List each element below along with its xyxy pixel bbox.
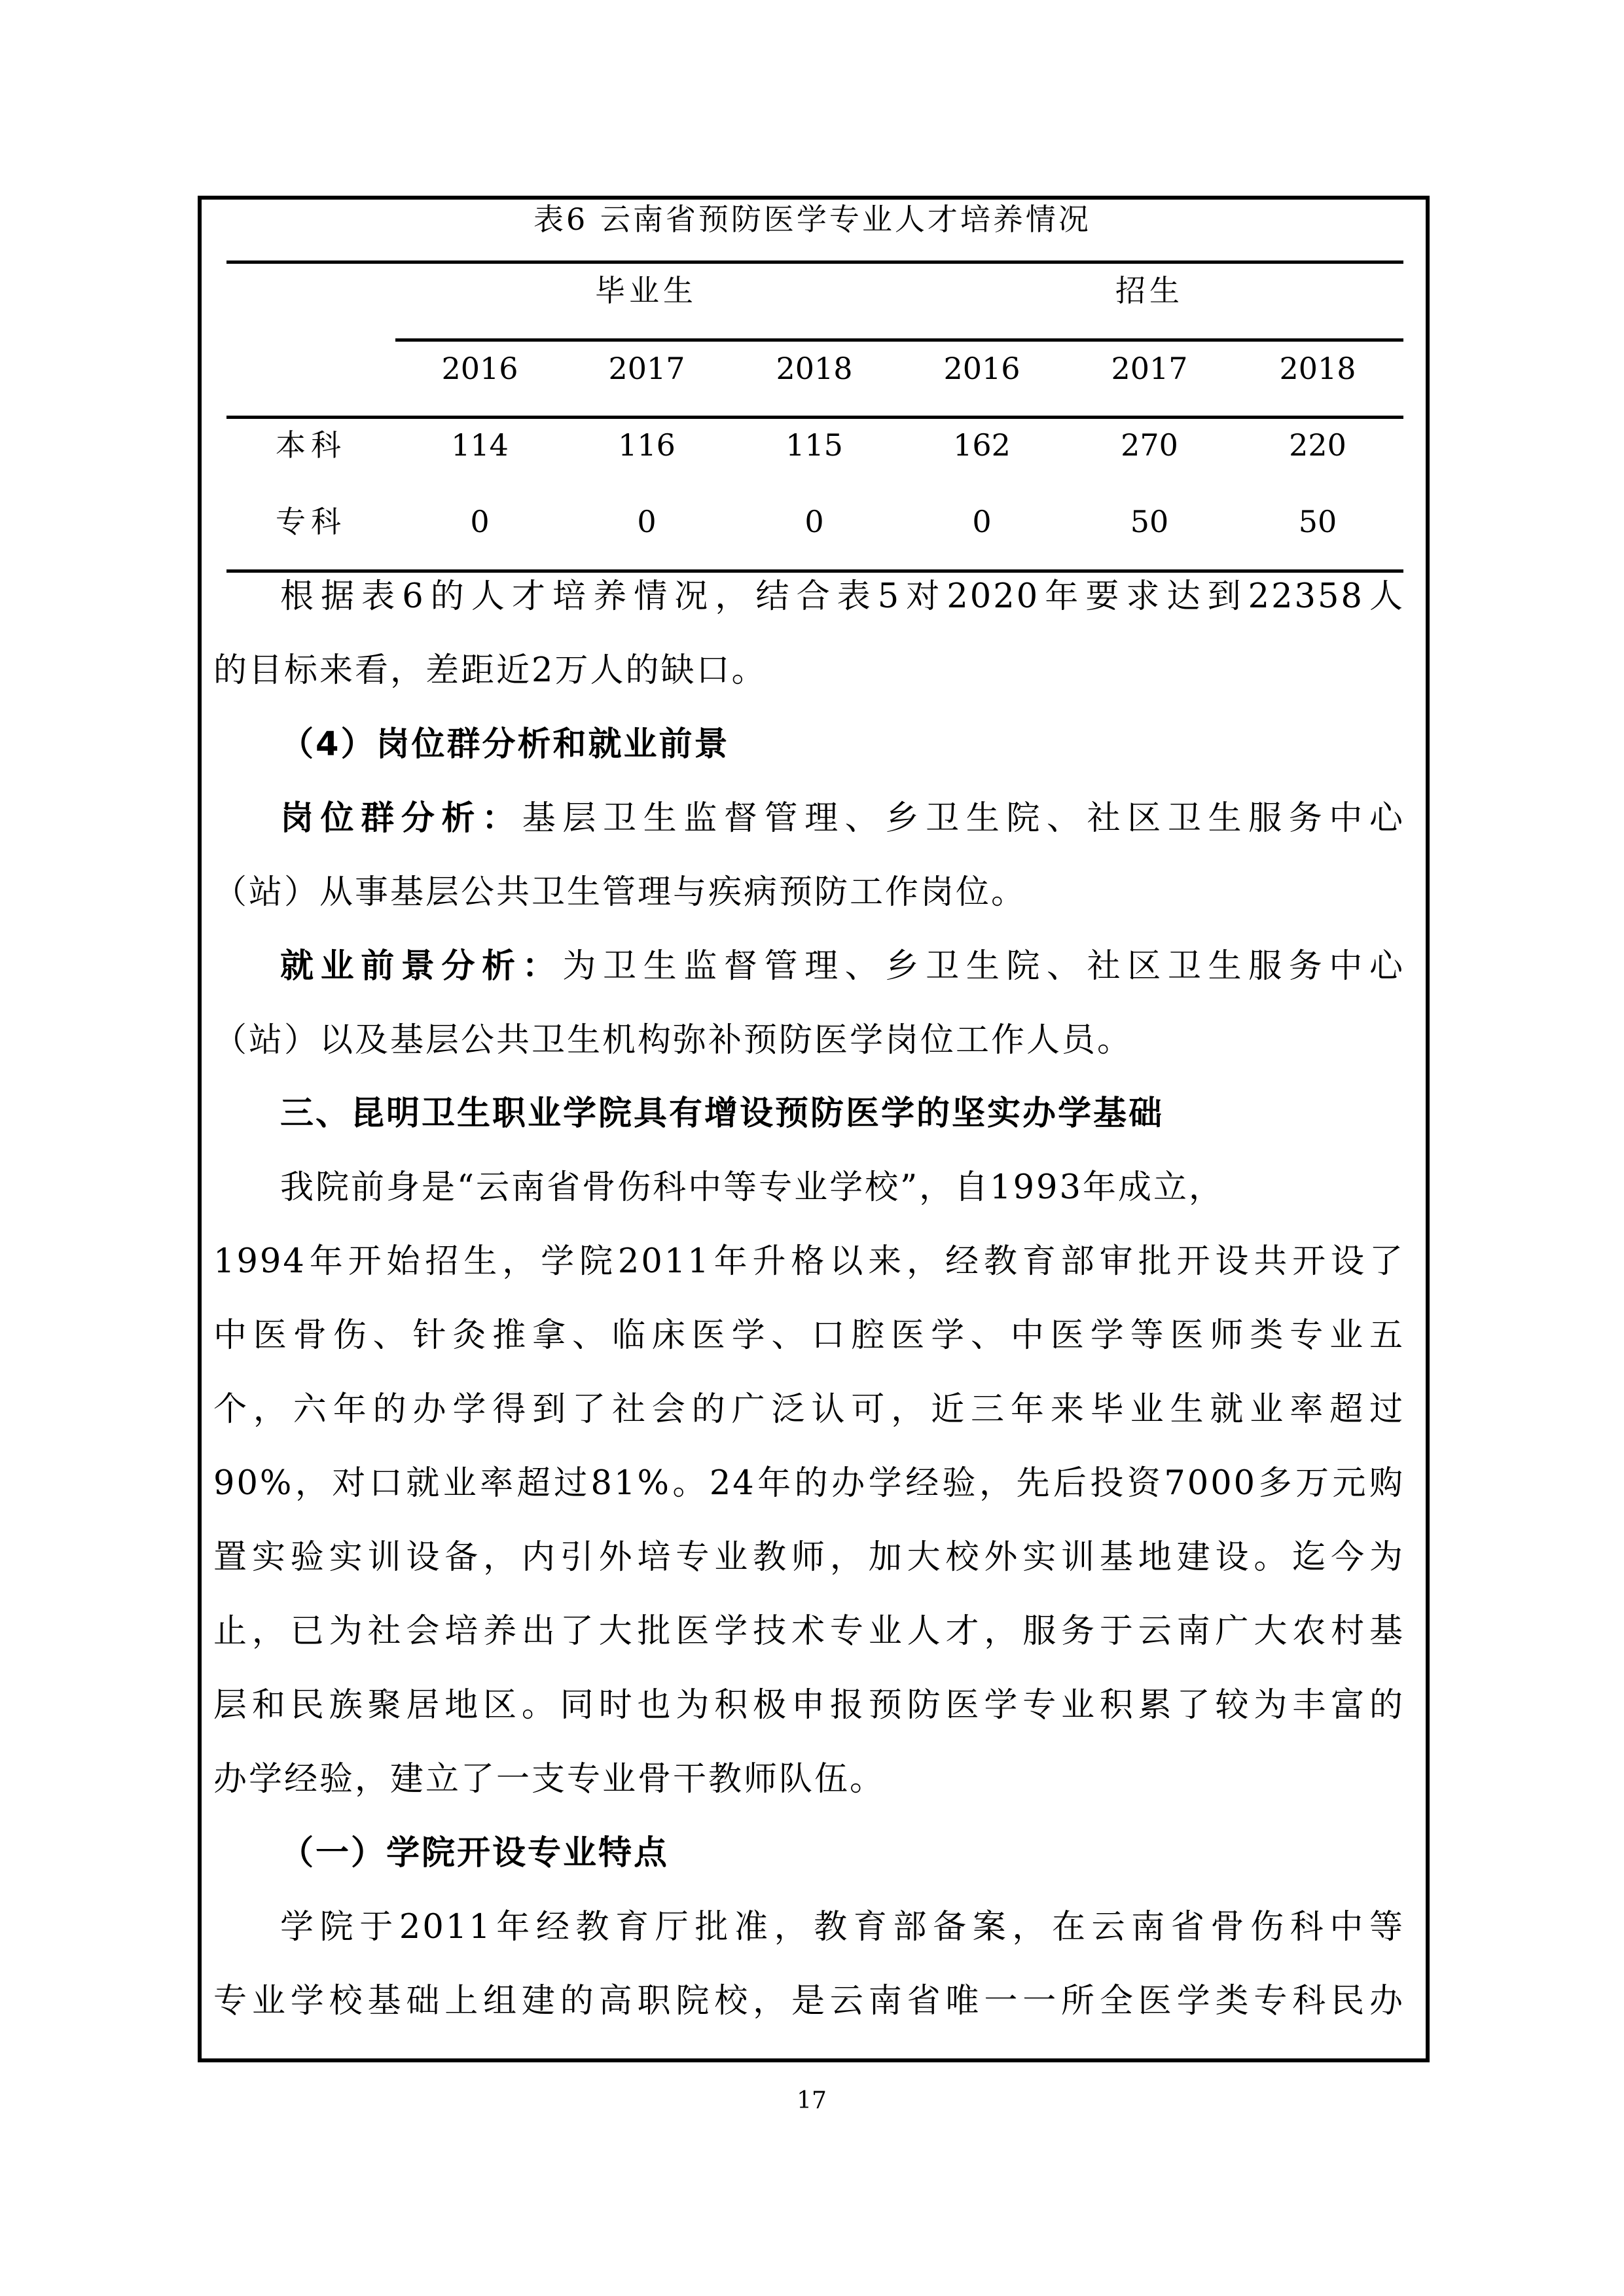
subsection-heading: （一）学院开设专业特点 [280, 1834, 669, 1873]
paragraph-line: 中医骨伤、针灸推拿、临床医学、口腔医学、中医学等医师类专业五 [213, 1316, 1405, 1355]
table-cell: 0 [401, 503, 558, 540]
paragraph-line: 置实验实训设备，内引外培专业教师，加大校外实训基地建设。迄今为 [213, 1538, 1405, 1577]
table-cell: 220 [1239, 427, 1396, 463]
table-cell: 50 [1239, 503, 1396, 540]
bold-lead-in: 岗位群分析： [280, 799, 522, 838]
paragraph-line: （站）以及基层公共卫生机构弥补预防医学岗位工作人员。 [213, 1021, 1132, 1060]
year-header: 2016 [401, 350, 558, 387]
table-cell: 115 [736, 427, 893, 463]
paragraph-line: 办学经验，建立了一支专业骨干教师队伍。 [213, 1760, 885, 1799]
table-cell: 0 [568, 503, 725, 540]
page-number: 17 [785, 2088, 838, 2114]
year-header: 2016 [903, 350, 1060, 387]
bold-lead-in: 就业前景分析： [280, 947, 562, 986]
paragraph-line: 层和民族聚居地区。同时也为积极申报预防医学专业积累了较为丰富的 [213, 1686, 1405, 1725]
paragraph-line: 个，六年的办学得到了社会的广泛认可，近三年来毕业生就业率超过 [213, 1390, 1405, 1429]
table-cell: 0 [736, 503, 893, 540]
line-text: 为卫生监督管理、乡卫生院、社区卫生服务中心 [562, 947, 1405, 986]
table-header-rule [395, 338, 1403, 342]
table-body-rule [226, 416, 1403, 419]
paragraph-line: （站）从事基层公共卫生管理与疾病预防工作岗位。 [213, 873, 1026, 912]
paragraph-line: 1994年开始招生，学院2011年升格以来，经教育部审批开设共开设了 [213, 1242, 1405, 1282]
year-header: 2018 [1239, 350, 1396, 387]
header-enrollment: 招生 [1019, 272, 1280, 309]
table-cell: 162 [903, 427, 1060, 463]
chapter-heading: 三、昆明卫生职业学院具有增设预防医学的坚实办学基础 [280, 1094, 1164, 1134]
table-caption: 表6 云南省预防医学专业人才培养情况 [221, 200, 1403, 239]
paragraph-line: 我院前身是“云南省骨伤科中等专业学校”，自1993年成立， [280, 1168, 1224, 1208]
paragraph-line: 止，已为社会培养出了大批医学技术专业人才，服务于云南广大农村基 [213, 1612, 1405, 1651]
line-text: 基层卫生监督管理、乡卫生院、社区卫生服务中心 [522, 799, 1405, 838]
table-cell: 116 [568, 427, 725, 463]
table-cell: 50 [1071, 503, 1228, 540]
table-cell: 114 [401, 427, 558, 463]
paragraph-line: 就业前景分析：为卫生监督管理、乡卫生院、社区卫生服务中心 [280, 947, 1405, 986]
section-heading: （4）岗位群分析和就业前景 [280, 725, 730, 764]
year-header: 2018 [736, 350, 893, 387]
year-header: 2017 [1071, 350, 1228, 387]
table-cell: 270 [1071, 427, 1228, 463]
paragraph-line: 根据表6的人才培养情况，结合表5对2020年要求达到22358人 [280, 577, 1405, 617]
paragraph-line: 专业学校基础上组建的高职院校，是云南省唯一一所全医学类专科民办 [213, 1982, 1405, 2021]
year-header: 2017 [568, 350, 725, 387]
header-graduates: 毕业生 [515, 272, 777, 309]
table-cell: 0 [903, 503, 1060, 540]
paragraph-line: 学院于2011年经教育厅批准，教育部备案，在云南省骨伤科中等 [280, 1908, 1405, 1947]
paragraph-line: 90%，对口就业率超过81%。24年的办学经验，先后投资7000多万元购 [213, 1464, 1405, 1503]
paragraph-line: 岗位群分析：基层卫生监督管理、乡卫生院、社区卫生服务中心 [280, 799, 1405, 838]
table-bottom-rule [226, 569, 1403, 573]
paragraph-line: 的目标来看，差距近2万人的缺口。 [213, 651, 767, 691]
table-top-rule [226, 260, 1403, 264]
row-label-undergraduate: 本科 [232, 427, 389, 463]
row-label-junior-college: 专科 [232, 503, 389, 540]
